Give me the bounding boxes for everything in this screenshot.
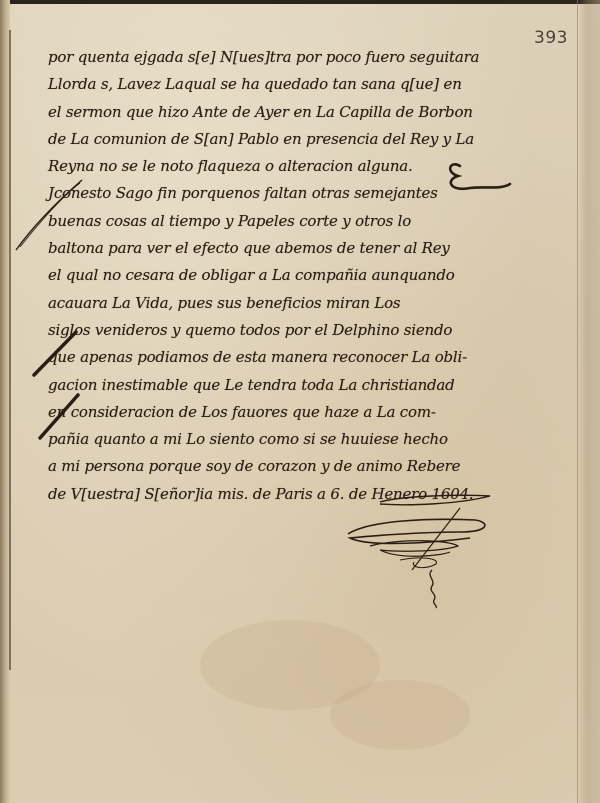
page-top-edge: [0, 0, 600, 4]
manuscript-line: por quenta ejgada s[e] N[ues]tra por poc…: [48, 48, 518, 75]
pen-flourish-icon: [14, 175, 84, 255]
manuscript-line: buenas cosas al tiempo y Papeles corte y…: [48, 212, 518, 239]
manuscript-line: el qual no cesara de obligar a La compañ…: [48, 266, 518, 293]
manuscript-line: en consideracion de Los fauores que haze…: [48, 403, 518, 430]
binding-line: [9, 30, 11, 670]
manuscript-line: a mi persona porque soy de corazon y de …: [48, 457, 518, 484]
manuscript-line: acauara La Vida, pues sus beneficios mir…: [48, 294, 518, 321]
manuscript-line: siglos venideros y quemo todos por el De…: [48, 321, 518, 348]
paper-stain: [330, 680, 470, 750]
letter-body: por quenta ejgada s[e] N[ues]tra por poc…: [48, 48, 518, 512]
manuscript-page: 393 por quenta ejgada s[e] N[ues]tra por…: [0, 0, 600, 803]
manuscript-line: gacion inestimable que Le tendra toda La…: [48, 376, 518, 403]
page-right-edge: [577, 0, 600, 803]
manuscript-line: Llorda s, Lavez Laqual se ha quedado tan…: [48, 75, 518, 102]
manuscript-line: baltona para ver el efecto que abemos de…: [48, 239, 518, 266]
signature-rubric-icon: [340, 490, 500, 610]
pen-stroke-icon: [26, 330, 86, 450]
manuscript-line: de La comunion de S[an] Pablo en presenc…: [48, 130, 518, 157]
manuscript-line: pañia quanto a mi Lo siento como si se h…: [48, 430, 518, 457]
manuscript-line: que apenas podiamos de esta manera recon…: [48, 348, 518, 375]
manuscript-line: el sermon que hizo Ante de Ayer en La Ca…: [48, 103, 518, 130]
ampersand-flourish-icon: [440, 158, 520, 198]
folio-number: 393: [534, 28, 568, 48]
